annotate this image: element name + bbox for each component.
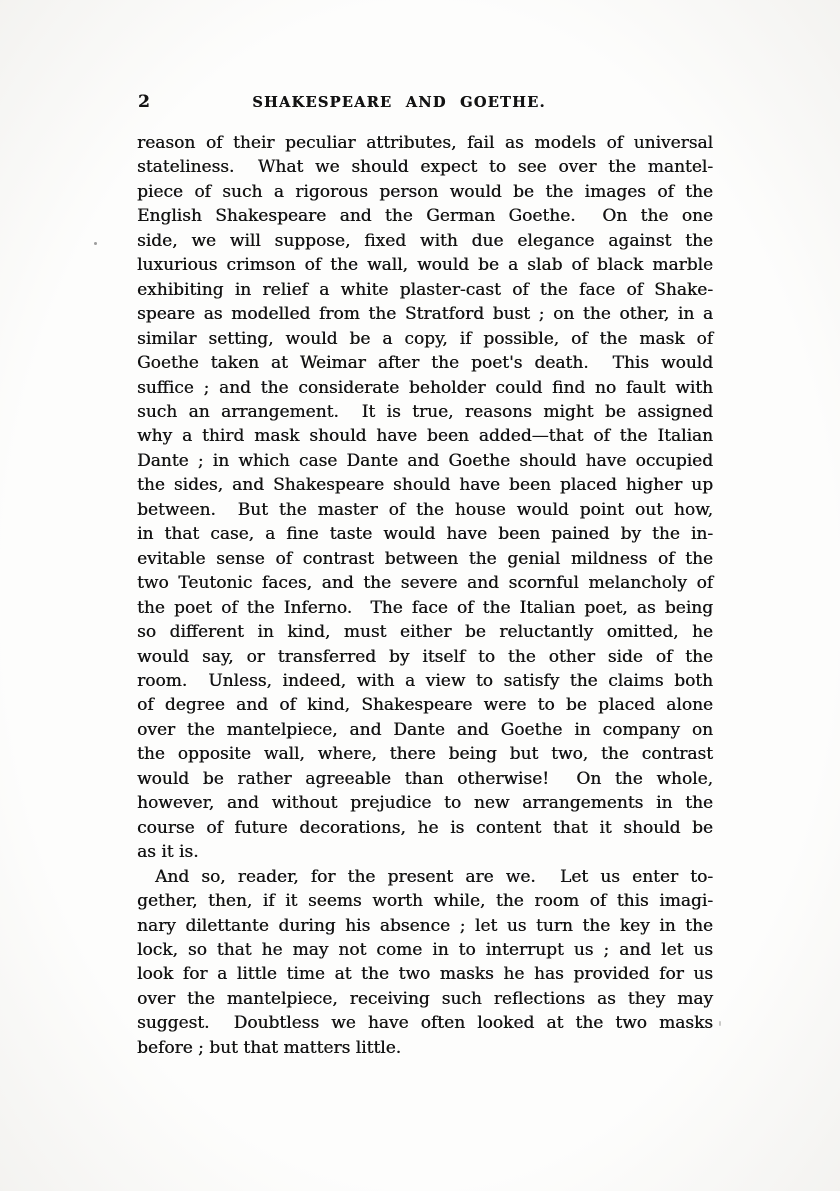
- text-line: lock, so that he may not come in to inte…: [137, 938, 713, 962]
- scan-speck: [94, 242, 97, 245]
- text-line: would say, or transferred by itself to t…: [137, 645, 713, 669]
- text-line: evitable sense of contrast between the g…: [137, 547, 713, 571]
- text-line: two Teutonic faces, and the severe and s…: [137, 571, 713, 595]
- text-line: English Shakespeare and the German Goeth…: [137, 204, 713, 228]
- text-line: Dante ; in which case Dante and Goethe s…: [137, 449, 713, 473]
- running-title: SHAKESPEARE AND GOETHE.: [137, 94, 661, 111]
- text-line: side, we will suppose, fixed with due el…: [137, 229, 713, 253]
- text-line: the sides, and Shakespeare should have b…: [137, 473, 713, 497]
- body-text: reason of their peculiar attributes, fai…: [137, 131, 713, 1060]
- text-line: luxurious crimson of the wall, would be …: [137, 253, 713, 277]
- text-line: similar setting, would be a copy, if pos…: [137, 327, 713, 351]
- text-line: course of future decorations, he is cont…: [137, 816, 713, 840]
- text-line: the poet of the Inferno. The face of the…: [137, 596, 713, 620]
- running-header: 2 SHAKESPEARE AND GOETHE.: [137, 92, 713, 114]
- text-line: reason of their peculiar attributes, fai…: [137, 131, 713, 155]
- text-line: as it is.: [137, 840, 713, 864]
- text-line: would be rather agreeable than otherwise…: [137, 767, 713, 791]
- text-line: exhibiting in relief a white plaster-cas…: [137, 278, 713, 302]
- text-line: over the mantelpiece, receiving such ref…: [137, 987, 713, 1011]
- text-line: speare as modelled from the Stratford bu…: [137, 302, 713, 326]
- text-line: And so, reader, for the present are we. …: [137, 865, 713, 889]
- text-line: suggest. Doubtless we have often looked …: [137, 1011, 713, 1035]
- text-line: piece of such a rigorous person would be…: [137, 180, 713, 204]
- text-line: however, and without prejudice to new ar…: [137, 791, 713, 815]
- text-line: such an arrangement. It is true, reasons…: [137, 400, 713, 424]
- text-line: why a third mask should have been added—…: [137, 424, 713, 448]
- text-line: gether, then, if it seems worth while, t…: [137, 889, 713, 913]
- text-line: in that case, a fine taste would have be…: [137, 522, 713, 546]
- text-line: suffice ; and the considerate beholder c…: [137, 376, 713, 400]
- text-line: stateliness. What we should expect to se…: [137, 155, 713, 179]
- text-line: Goethe taken at Weimar after the poet's …: [137, 351, 713, 375]
- text-line: nary dilettante during his absence ; let…: [137, 914, 713, 938]
- text-line: of degree and of kind, Shakespeare were …: [137, 693, 713, 717]
- scan-speck: [719, 1021, 721, 1026]
- text-line: the opposite wall, where, there being bu…: [137, 742, 713, 766]
- text-line: over the mantelpiece, and Dante and Goet…: [137, 718, 713, 742]
- text-line: so different in kind, must either be rel…: [137, 620, 713, 644]
- text-line: room. Unless, indeed, with a view to sat…: [137, 669, 713, 693]
- text-line: between. But the master of the house wou…: [137, 498, 713, 522]
- text-line: before ; but that matters little.: [137, 1036, 713, 1060]
- book-page: 2 SHAKESPEARE AND GOETHE. reason of thei…: [0, 0, 840, 1191]
- text-line: look for a little time at the two masks …: [137, 962, 713, 986]
